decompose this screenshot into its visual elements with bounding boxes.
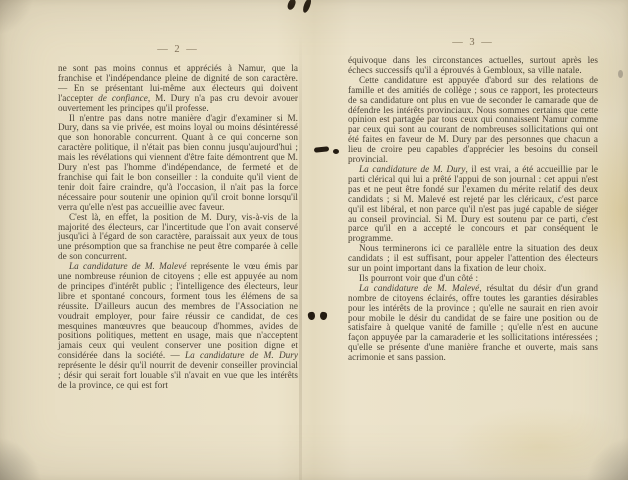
ink-blot-icon <box>320 312 328 321</box>
paper-speck <box>618 70 623 78</box>
text: , résultat du désir d'un grand nombre de… <box>348 283 598 362</box>
ink-dash-mark-icon <box>314 146 329 153</box>
paragraph: Cette candidature est appuyée d'abord su… <box>348 76 598 165</box>
text: Ils pourront voir que d'un côté : <box>359 273 478 283</box>
paragraph: ne sont pas moins connus et appréciés à … <box>58 64 298 114</box>
page-right: — 3 — équivoque dans les circonstances a… <box>348 37 598 437</box>
ink-mark-icon <box>287 0 297 11</box>
text: équivoque dans les circonstances actuell… <box>348 55 598 75</box>
paragraph: C'est là, en effet, la position de M. Du… <box>58 213 298 263</box>
text: Cette candidature est appuyée d'abord su… <box>348 75 598 164</box>
paragraph: Il n'entre pas dans notre manière d'agir… <box>58 114 298 213</box>
scanned-document: — 2 — ne sont pas moins connus et appréc… <box>0 0 628 480</box>
page-number: — 2 — <box>58 44 298 55</box>
paragraph: Nous terminerons ici ce parallèle entre … <box>348 244 598 274</box>
page-fold <box>299 34 302 480</box>
paragraph: La candidature de M. Malevé, résultat du… <box>348 284 598 363</box>
italic-text: La candidature de M. Dury <box>359 164 466 174</box>
ink-mark-icon <box>301 0 312 14</box>
text: représente le désir qu'il nourrit de dev… <box>58 360 298 390</box>
italic-text: La candidature de M. Malevé <box>359 283 479 293</box>
text: C'est là, en effet, la position de M. Du… <box>58 212 298 262</box>
ink-dot-mark-icon <box>333 149 339 154</box>
paragraph: équivoque dans les circonstances actuell… <box>348 56 598 76</box>
italic-text: La candidature de M. Malevé <box>69 261 186 271</box>
text: Il n'entre pas dans notre manière d'agir… <box>58 113 298 212</box>
text: , il est vrai, a été accueillie par le p… <box>348 164 598 243</box>
ink-blot-icon <box>307 312 315 321</box>
text: Nous terminerons ici ce parallèle entre … <box>348 243 598 273</box>
italic-text: de confiance <box>98 93 148 103</box>
page-body: ne sont pas moins connus et appréciés à … <box>58 64 298 391</box>
paragraph: La candidature de M. Malevé représente l… <box>58 262 298 391</box>
paragraph: La candidature de M. Dury, il est vrai, … <box>348 165 598 244</box>
page-number: — 3 — <box>348 37 598 48</box>
page-body: équivoque dans les circonstances actuell… <box>348 56 598 363</box>
italic-text: La candidature de M. Dury <box>185 350 298 360</box>
text: représente le vœu émis par une nombreuse… <box>58 261 298 360</box>
page-left: — 2 — ne sont pas moins connus et appréc… <box>58 44 298 444</box>
